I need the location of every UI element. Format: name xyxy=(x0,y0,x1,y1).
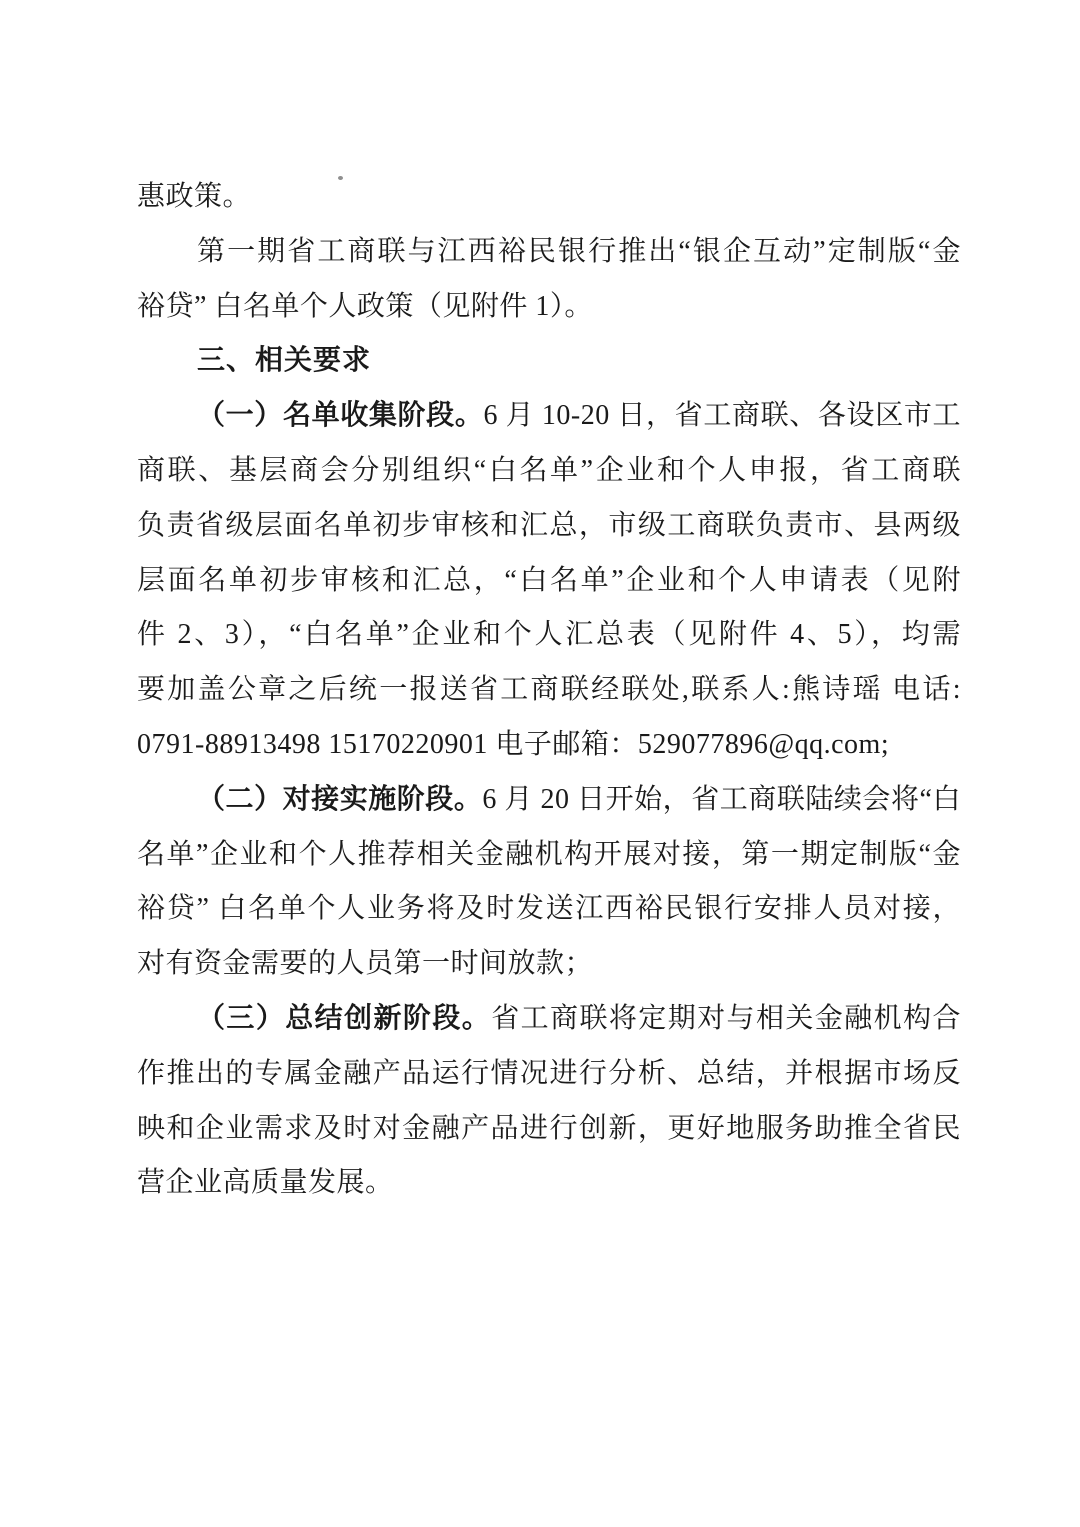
doc-line: （一）名单收集阶段。6 月 10-20 日，省工商联、各设区市工 xyxy=(137,389,961,444)
doc-line: 营企业高质量发展。 xyxy=(137,1156,961,1211)
doc-line: 商联、基层商会分别组织“白名单”企业和个人申报，省工商联 xyxy=(137,444,961,499)
text-run: 件 2、3），“白名单”企业和个人汇总表（见附件 4、5），均需 xyxy=(137,619,961,650)
text-run: 商联、基层商会分别组织“白名单”企业和个人申报，省工商联 xyxy=(137,455,961,486)
text-run: 6 月 20 日开始，省工商联陆续会将“白 xyxy=(482,784,961,815)
section-heading: 三、相关要求 xyxy=(137,334,961,389)
text-run: 惠政策。 xyxy=(137,181,251,212)
text-run: 负责省级层面名单初步审核和汇总，市级工商联负责市、县两级 xyxy=(137,510,961,541)
doc-line: 负责省级层面名单初步审核和汇总，市级工商联负责市、县两级 xyxy=(137,499,961,554)
text-run: 0791-88913498 15170220901 电子邮箱：529077896… xyxy=(137,729,889,760)
doc-line: 第一期省工商联与江西裕民银行推出“银企互动”定制版“金 xyxy=(137,225,961,280)
doc-line: 要加盖公章之后统一报送省工商联经联处,联系人:熊诗瑶 电话: xyxy=(137,663,961,718)
text-run: 作推出的专属金融产品运行情况进行分析、总结，并根据市场反 xyxy=(137,1058,961,1089)
text-run: 省工商联将定期对与相关金融机构合 xyxy=(491,1003,961,1034)
bold-run: （三）总结创新阶段。 xyxy=(197,1003,491,1034)
text-run: 对有资金需要的人员第一时间放款； xyxy=(137,948,593,979)
doc-line: 作推出的专属金融产品运行情况进行分析、总结，并根据市场反 xyxy=(137,1047,961,1102)
doc-line: 裕贷” 白名单个人业务将及时发送江西裕民银行安排人员对接， xyxy=(137,882,961,937)
document-page: 惠政策。 第一期省工商联与江西裕民银行推出“银企互动”定制版“金 裕贷” 白名单… xyxy=(0,0,1080,1527)
text-run: 6 月 10-20 日，省工商联、各设区市工 xyxy=(483,400,961,431)
doc-line: （三）总结创新阶段。省工商联将定期对与相关金融机构合 xyxy=(137,992,961,1047)
text-run: 层面名单初步审核和汇总，“白名单”企业和个人申请表（见附 xyxy=(137,565,961,596)
doc-line: 映和企业需求及时对金融产品进行创新，更好地服务助推全省民 xyxy=(137,1102,961,1157)
text-run: 裕贷” 白名单个人政策（见附件 1）。 xyxy=(137,291,593,322)
bold-run: （一）名单收集阶段。 xyxy=(197,400,483,431)
doc-line: 对有资金需要的人员第一时间放款； xyxy=(137,937,961,992)
text-run: 映和企业需求及时对金融产品进行创新，更好地服务助推全省民 xyxy=(137,1113,961,1144)
bold-run: （二）对接实施阶段。 xyxy=(197,784,482,815)
text-run: 第一期省工商联与江西裕民银行推出“银企互动”定制版“金 xyxy=(197,236,961,267)
text-run: 裕贷” 白名单个人业务将及时发送江西裕民银行安排人员对接， xyxy=(137,893,961,924)
document-body: 惠政策。 第一期省工商联与江西裕民银行推出“银企互动”定制版“金 裕贷” 白名单… xyxy=(137,170,961,1211)
doc-line: 裕贷” 白名单个人政策（见附件 1）。 xyxy=(137,280,961,335)
bold-run: 三、相关要求 xyxy=(197,345,371,376)
doc-line: 件 2、3），“白名单”企业和个人汇总表（见附件 4、5），均需 xyxy=(137,608,961,663)
contact-line: 0791-88913498 15170220901 电子邮箱：529077896… xyxy=(137,718,961,773)
text-run: 要加盖公章之后统一报送省工商联经联处,联系人:熊诗瑶 电话: xyxy=(137,674,961,705)
text-run: 名单”企业和个人推荐相关金融机构开展对接，第一期定制版“金 xyxy=(137,839,961,870)
doc-line: （二）对接实施阶段。6 月 20 日开始，省工商联陆续会将“白 xyxy=(137,773,961,828)
text-run: 营企业高质量发展。 xyxy=(137,1167,394,1198)
doc-line: 名单”企业和个人推荐相关金融机构开展对接，第一期定制版“金 xyxy=(137,828,961,883)
doc-line: 层面名单初步审核和汇总，“白名单”企业和个人申请表（见附 xyxy=(137,554,961,609)
doc-line: 惠政策。 xyxy=(137,170,961,225)
